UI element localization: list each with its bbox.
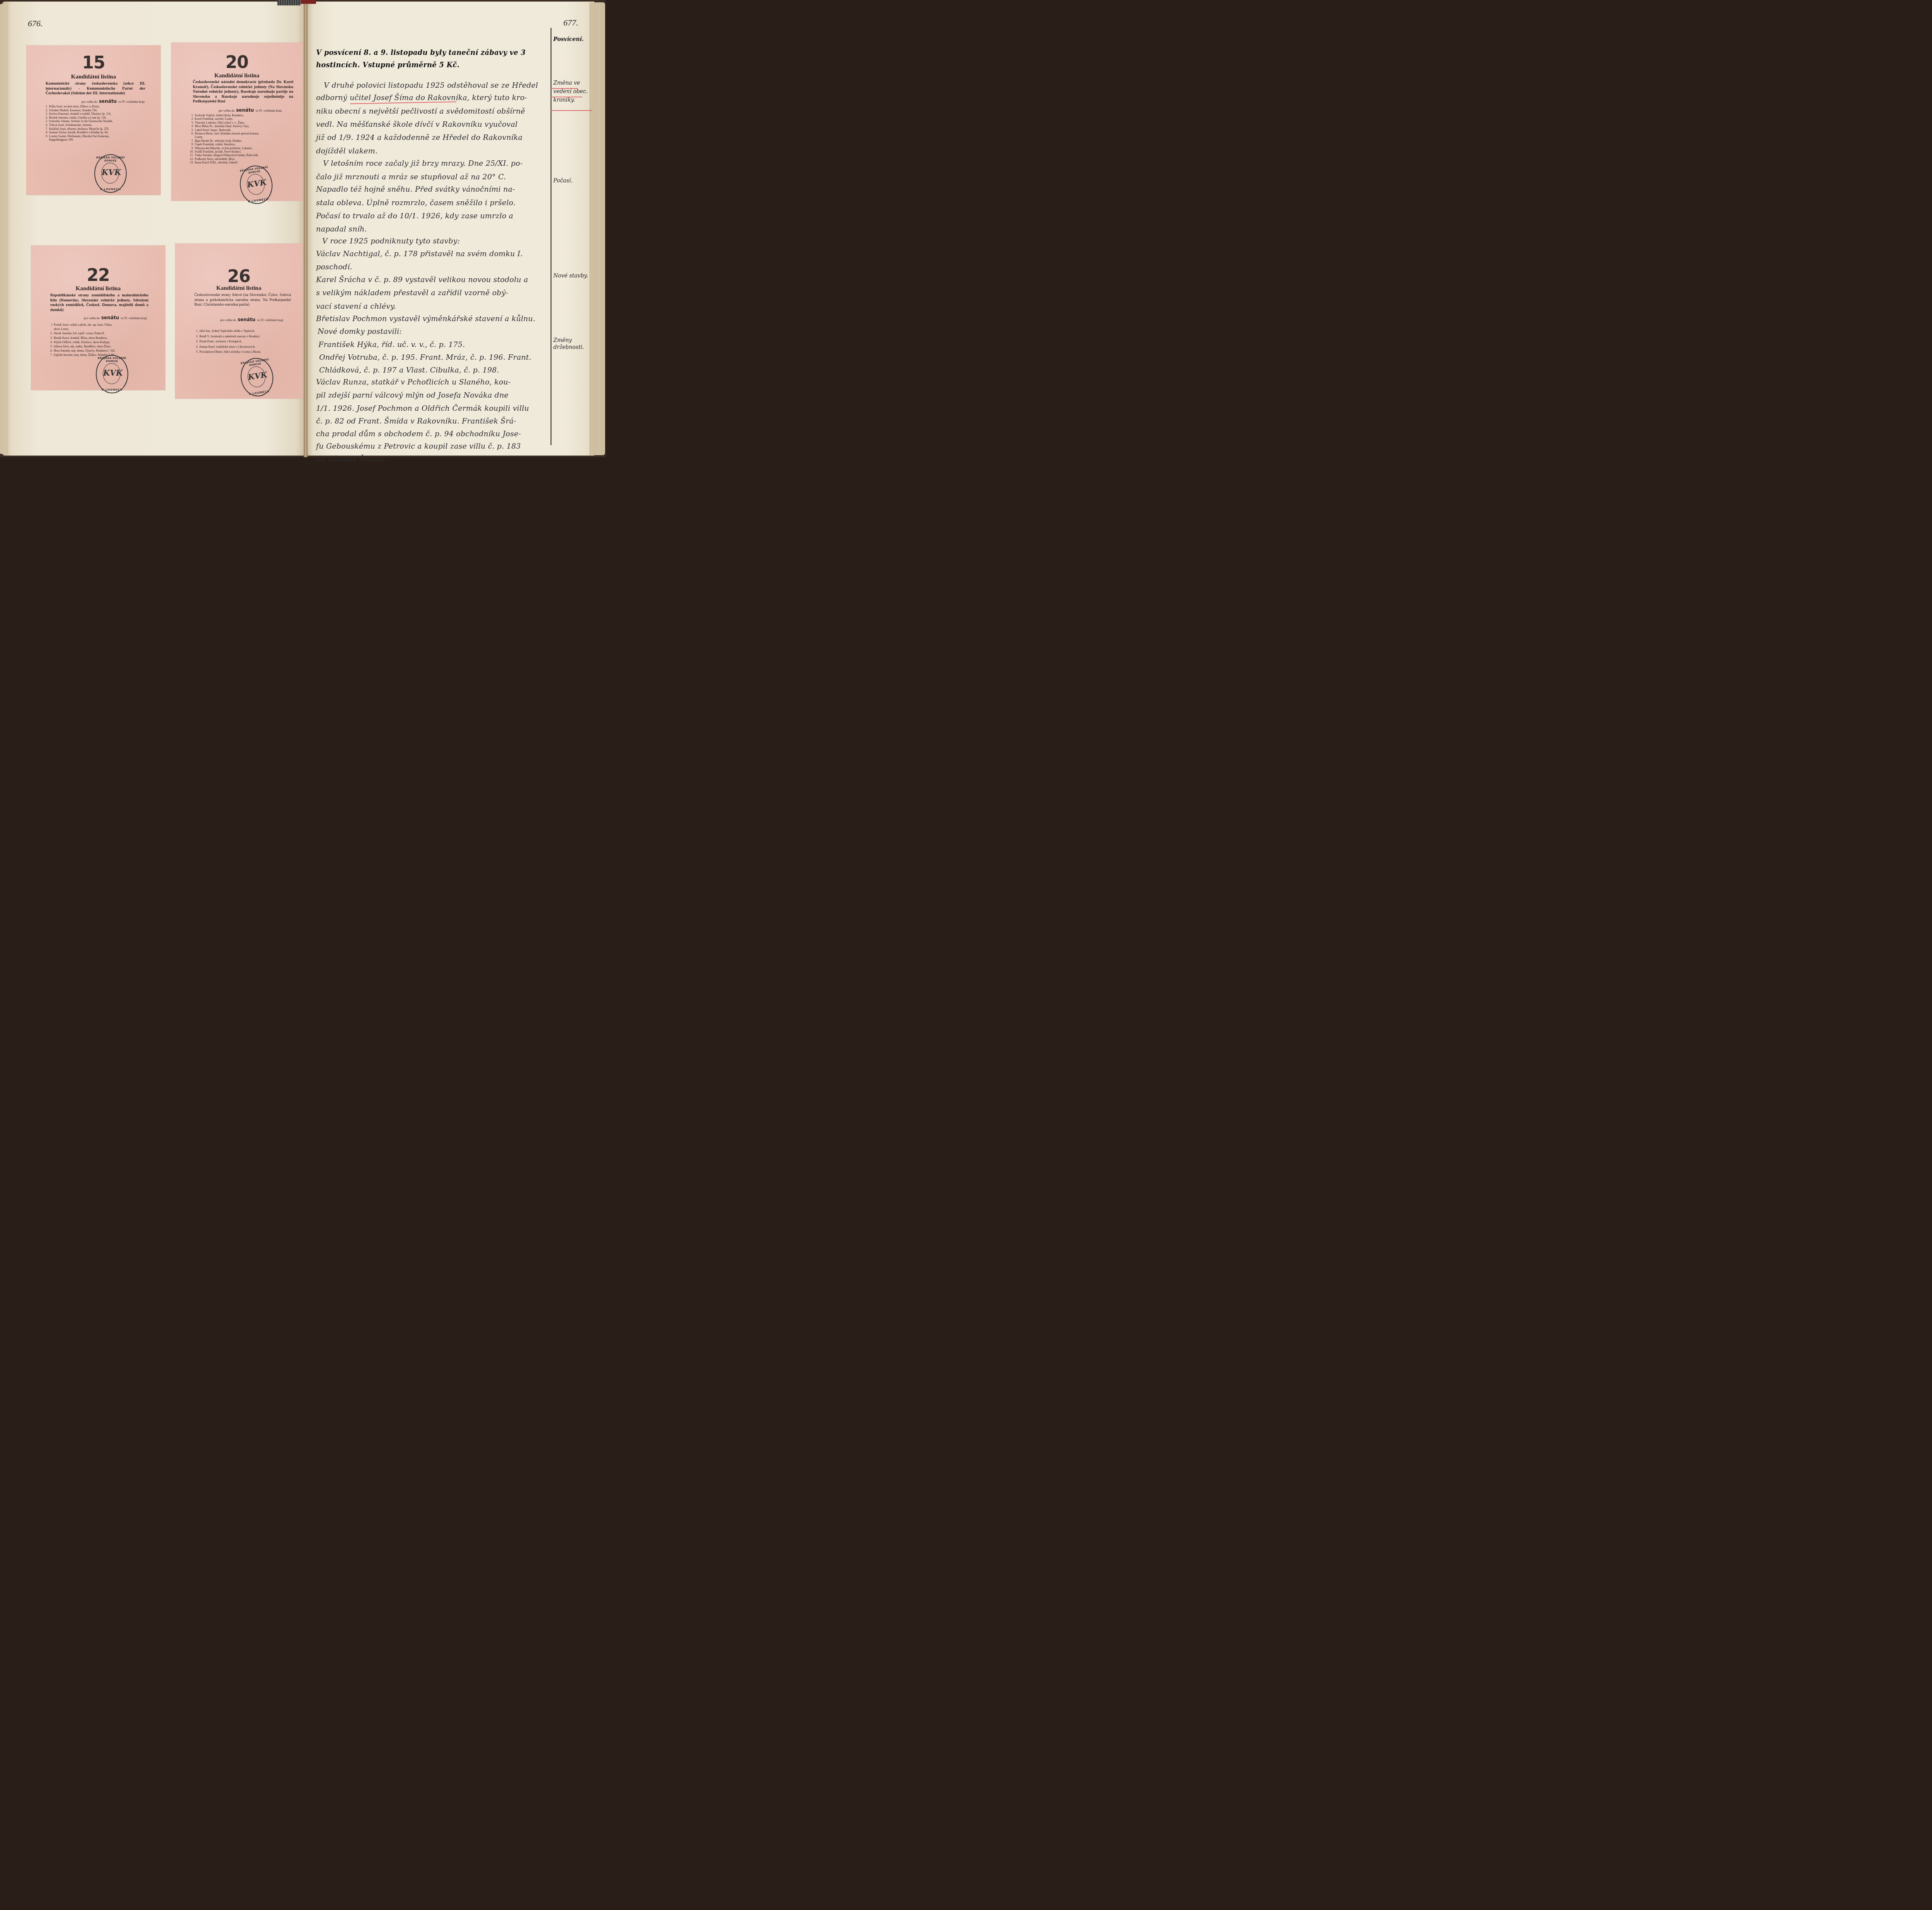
left-page-edges — [0, 4, 8, 454]
candidate-item: 4.Zeman Karel, truhlářský mistr v Liboch… — [194, 344, 261, 350]
right-page-edges — [590, 2, 605, 455]
chronicle-line: od Václava Švarce. — [316, 455, 388, 457]
stamp-monogram-icon: KVK — [247, 370, 265, 382]
candidate-item: 12.Podhorný Alois, obchodník, Most, — [189, 157, 259, 161]
ballot-party: Komunistické strany československa (sekc… — [46, 82, 145, 96]
ballot-22: 22 Kandidátní listina Republikánské stra… — [31, 245, 165, 390]
red-underline — [551, 88, 578, 89]
candidate-item: 6.Hora Antonín, maj. domu, Újezd p. Klad… — [48, 349, 115, 353]
election-commission-stamp: KRAJSKÁ VOLEBNÍ KOMISE KVK V LOUNECH — [94, 154, 127, 193]
chronicle-line: hostincích. Vstupné průměrně 5 Kč. — [316, 61, 459, 69]
candidate-item: 9.Lorenz Gustav, Werkmann, Oberdorf bei … — [43, 134, 113, 138]
ballot-title: Kandidátní listina — [26, 74, 161, 80]
candidate-item: 7.Koláček Josef, zřízenec družstva, Moty… — [43, 127, 113, 131]
ballot-election-line: pro volbu do senátu ve IV. volebním kraj… — [84, 315, 148, 320]
chronicle-line: Václav Runza, statkář v Pchoťlicích u Sl… — [316, 378, 511, 386]
chronicle-line: vedl. Na měšťanské škole dívčí v Rakovní… — [316, 120, 518, 129]
candidate-item: 2.Bendl V., hostinský a náměstek starost… — [194, 334, 261, 339]
ballot-title: Kandidátní listina — [175, 285, 303, 292]
stamp-monogram-icon: KVK — [247, 178, 265, 189]
chronicle-line: V druhé polovici listopadu 1925 odstěhov… — [324, 81, 538, 90]
candidate-item: 5.Sýkora Alois, náj. statku, Bezděkov, o… — [48, 344, 115, 349]
election-commission-stamp: KRAJSKÁ VOLEBNÍ KOMISE KVK V LOUNECH — [238, 356, 276, 399]
candidate-item: 3.Barták Karel, domkář, Bříza, okres Rou… — [48, 336, 115, 340]
candidate-item: 2.Slavík Antonín, řed. zajišť. svazu, Pr… — [48, 331, 115, 335]
chronicle-line: pil zdejší parní válcový mlýn od Josefa … — [316, 391, 509, 400]
book-spread: 676. 677. 15 Kandidátní listina Komunist… — [0, 0, 606, 457]
ballot-title: Kandidátní listina — [171, 73, 303, 79]
chronicle-line: odborný učitel Josef Šíma do Rakovníka, … — [316, 94, 527, 102]
chronicle-line: č. p. 82 od Frant. Šmída v Rakovníku. Fr… — [316, 417, 516, 425]
ballot-15: 15 Kandidátní listina Komunistické stran… — [26, 45, 161, 195]
margin-note-zmeny-drzebnosti: Změny držebnosti. — [553, 337, 588, 351]
candidate-item: 2.Schubert Rudolf, Kassierer, Kaaden 744… — [43, 109, 113, 112]
candidate-item: 1Prošek Josef, rolník a předs. okr. spr.… — [48, 323, 115, 327]
candidate-item: 3.Kučera Emanuel, domkář a truhlář, Úhon… — [43, 112, 113, 116]
chronicle-line: napadal sníh. — [316, 225, 367, 233]
chronicle-line: V letošním roce začaly již brzy mrazy. D… — [323, 159, 523, 168]
candidate-item: 1.Svoboda Vojtěch, ředitel školy, Roudni… — [189, 114, 259, 117]
chronicle-line: Počasí to trvalo až do 10/1. 1926, kdy z… — [316, 212, 513, 220]
candidate-item: Kappellengasse 199. — [43, 138, 113, 142]
candidate-item: 5.Procházková Marie, řídící učitelka v L… — [194, 349, 261, 355]
candidate-item: 9.Němajovská Matylda, vrchní poštmistr, … — [189, 146, 259, 150]
chronicle-line: 1/1. 1926. Josef Pochmon a Oldřich Čermá… — [316, 404, 529, 413]
chronicle-line: František Hýka, říd. uč. v. v., č. p. 17… — [318, 340, 465, 349]
vote-body: senátu — [99, 99, 117, 104]
candidate-item: 6.Trilsch Josef, Schuhmacher, Settenz, — [43, 123, 113, 127]
candidate-item: 8.Čapek František, rolník, Smolnice, — [189, 143, 259, 146]
chronicle-line: V posvícení 8. a 9. listopadu byly taneč… — [316, 49, 526, 57]
bookmark-ribbon — [277, 0, 301, 5]
election-commission-stamp: KRAJSKÁ VOLEBNÍ KOMISE KVK V LOUNECH — [96, 355, 128, 393]
chronicle-line: Václav Nachtigal, č. p. 178 přistavěl na… — [316, 250, 523, 258]
red-underline — [551, 110, 592, 111]
chronicle-line: cha prodal dům s obchodem č. p. 94 obcho… — [316, 430, 521, 438]
candidate-item: 1.Průša Josef, tovární mistr, Dřínov u Z… — [43, 105, 113, 109]
ballot-number: 26 — [175, 267, 303, 286]
candidate-item: okres Louny, — [48, 327, 115, 331]
ballot-20: 20 Kandidátní listina Československé nár… — [171, 43, 303, 201]
candidate-item: 6.Kleinová Berta, choť úředníka okresní … — [189, 132, 259, 135]
right-page-number: 677. — [563, 18, 578, 28]
ballot-number: 20 — [171, 53, 303, 72]
candidate-item: Louny, — [189, 135, 259, 139]
ballot-election-line: pro volbu do senátu ve IV. volebním kraj… — [82, 99, 145, 104]
margin-note-posviceni: Posvícení. — [553, 36, 584, 43]
margin-note-pocasi: Počasí. — [553, 178, 573, 184]
chronicle-line: Napadlo též hojně sněhu. Před svátky ván… — [316, 185, 515, 194]
stamp-monogram-icon: KVK — [102, 168, 119, 177]
ballot-number: 15 — [26, 53, 161, 73]
chronicle-line: V roce 1925 podniknuty tyto stavby: — [322, 237, 460, 245]
chronicle-line: stala obleva. Úplně rozmrzlo, časem sněž… — [316, 199, 515, 207]
chronicle-line: Ondřej Votruba, č. p. 195. Frant. Mráz, … — [319, 353, 531, 362]
ballot-election-line: pro volbu do senátu ve IV. volebním kraj… — [219, 107, 282, 113]
candidate-item: 7.Hajn Hynek Dr., městský fysik, Kladno, — [189, 139, 259, 143]
candidate-item: 2.Kozel František, stavitel, Louny, — [189, 117, 259, 121]
chronicle-line: vací stavení a chlévy. — [316, 302, 396, 311]
candidate-item: 4.Brožek Antonín, rolník, Citoliby u Lou… — [43, 116, 113, 120]
ballot-election-line: pro volbu do senátu ve IV. volebním kraj… — [220, 317, 284, 322]
chronicle-line: již od 1/9. 1924 a každodenně ze Hředel … — [316, 133, 522, 142]
candidate-list: 1.Průša Josef, tovární mistr, Dřínov u Z… — [43, 105, 113, 142]
candidate-item: 8.Jerman Václav, horník, Rozdělov u Klad… — [43, 131, 113, 134]
chronicle-line: poschodí. — [316, 263, 352, 271]
candidate-item: 3.Donát Frant., traťmistr v Kralupech. — [194, 339, 261, 344]
chronicle-line: Nové domky postavili: — [318, 327, 402, 336]
candidate-item: 10.Frolík František, jirchář, Nové Straš… — [189, 150, 259, 153]
candidate-item: 5.Lukeš Karel, kupec, Rakovník, — [189, 128, 259, 132]
candidate-item: 1.Juliš Ant., ředitel Teplického zřídla … — [194, 328, 261, 334]
candidate-item: 13.Karas Karel JUDr., advokát, Unhošť. — [189, 161, 259, 164]
candidate-item: 5.Schreiber Johann, Arbeiter in der Eise… — [43, 119, 113, 123]
candidate-list: 1.Svoboda Vojtěch, ředitel školy, Roudni… — [189, 114, 259, 165]
ballot-number: 22 — [31, 265, 165, 285]
candidate-item: 3.Vltavský Ladislav, řídící učitel v. v.… — [189, 121, 259, 124]
ballot-party: Československé národní demokracie (předs… — [193, 80, 293, 104]
chronicle-line: Chládková, č. p. 197 a Vlast. Cibulka, č… — [319, 366, 499, 374]
chronicle-line: s velikým nákladem přestavěl a zařídil v… — [316, 289, 508, 297]
margin-note-zmena-kroniky: Změna ve vedení obec. kroniky. — [553, 79, 588, 104]
ballot-party: Republikánské strany zemědělského a malo… — [50, 293, 148, 313]
vote-prefix: pro volbu do — [82, 100, 97, 104]
ballot-party: Československé strany lidové (na Slovens… — [194, 293, 291, 308]
ballot-26: 26 Kandidátní listina Československé str… — [175, 243, 303, 399]
candidate-list: 1.Juliš Ant., ředitel Teplického zřídla … — [194, 328, 261, 355]
red-underline — [551, 97, 582, 97]
ballot-title: Kandidátní listina — [31, 286, 165, 292]
candidate-list: 1Prošek Josef, rolník a předs. okr. spr.… — [48, 323, 115, 357]
election-commission-stamp: KRAJSKÁ VOLEBNÍ KOMISE KVK V LOUNECH — [237, 163, 275, 206]
candidate-item: 11.Vaska Antonín, dirigent Průmyslové ba… — [189, 153, 259, 157]
left-page-number: 676. — [28, 19, 43, 29]
vote-suffix: ve IV. volebním kraji. — [118, 100, 145, 104]
stamp-monogram-icon: KVK — [103, 368, 120, 378]
chronicle-line: dojížděl vlakem. — [316, 147, 378, 155]
bookmark-ribbon-red — [301, 0, 316, 4]
candidate-item: 4.Pejšek Oldřich, rolník, Zlončice, okre… — [48, 340, 115, 344]
book-spine — [304, 0, 308, 457]
chronicle-line: Karel Šrácha v č. p. 89 vystavěl velikou… — [316, 276, 528, 284]
candidate-item: 4.Mixa Milan Dr., lázeňský lékař, Karlov… — [189, 124, 259, 128]
chronicle-line: čalo již mrznouti a mráz se stupňoval až… — [316, 173, 506, 181]
chronicle-line: niku obecní s největší pečlivostí a svěd… — [316, 107, 525, 116]
chronicle-line: Břetislav Pochmon vystavěl výměnkářské s… — [316, 315, 535, 323]
margin-note-nove-stavby: Nové stavby. — [553, 273, 588, 279]
chronicle-line: fu Gebouskému z Petrovic a koupil zase v… — [316, 442, 521, 451]
margin-rule — [551, 28, 551, 445]
